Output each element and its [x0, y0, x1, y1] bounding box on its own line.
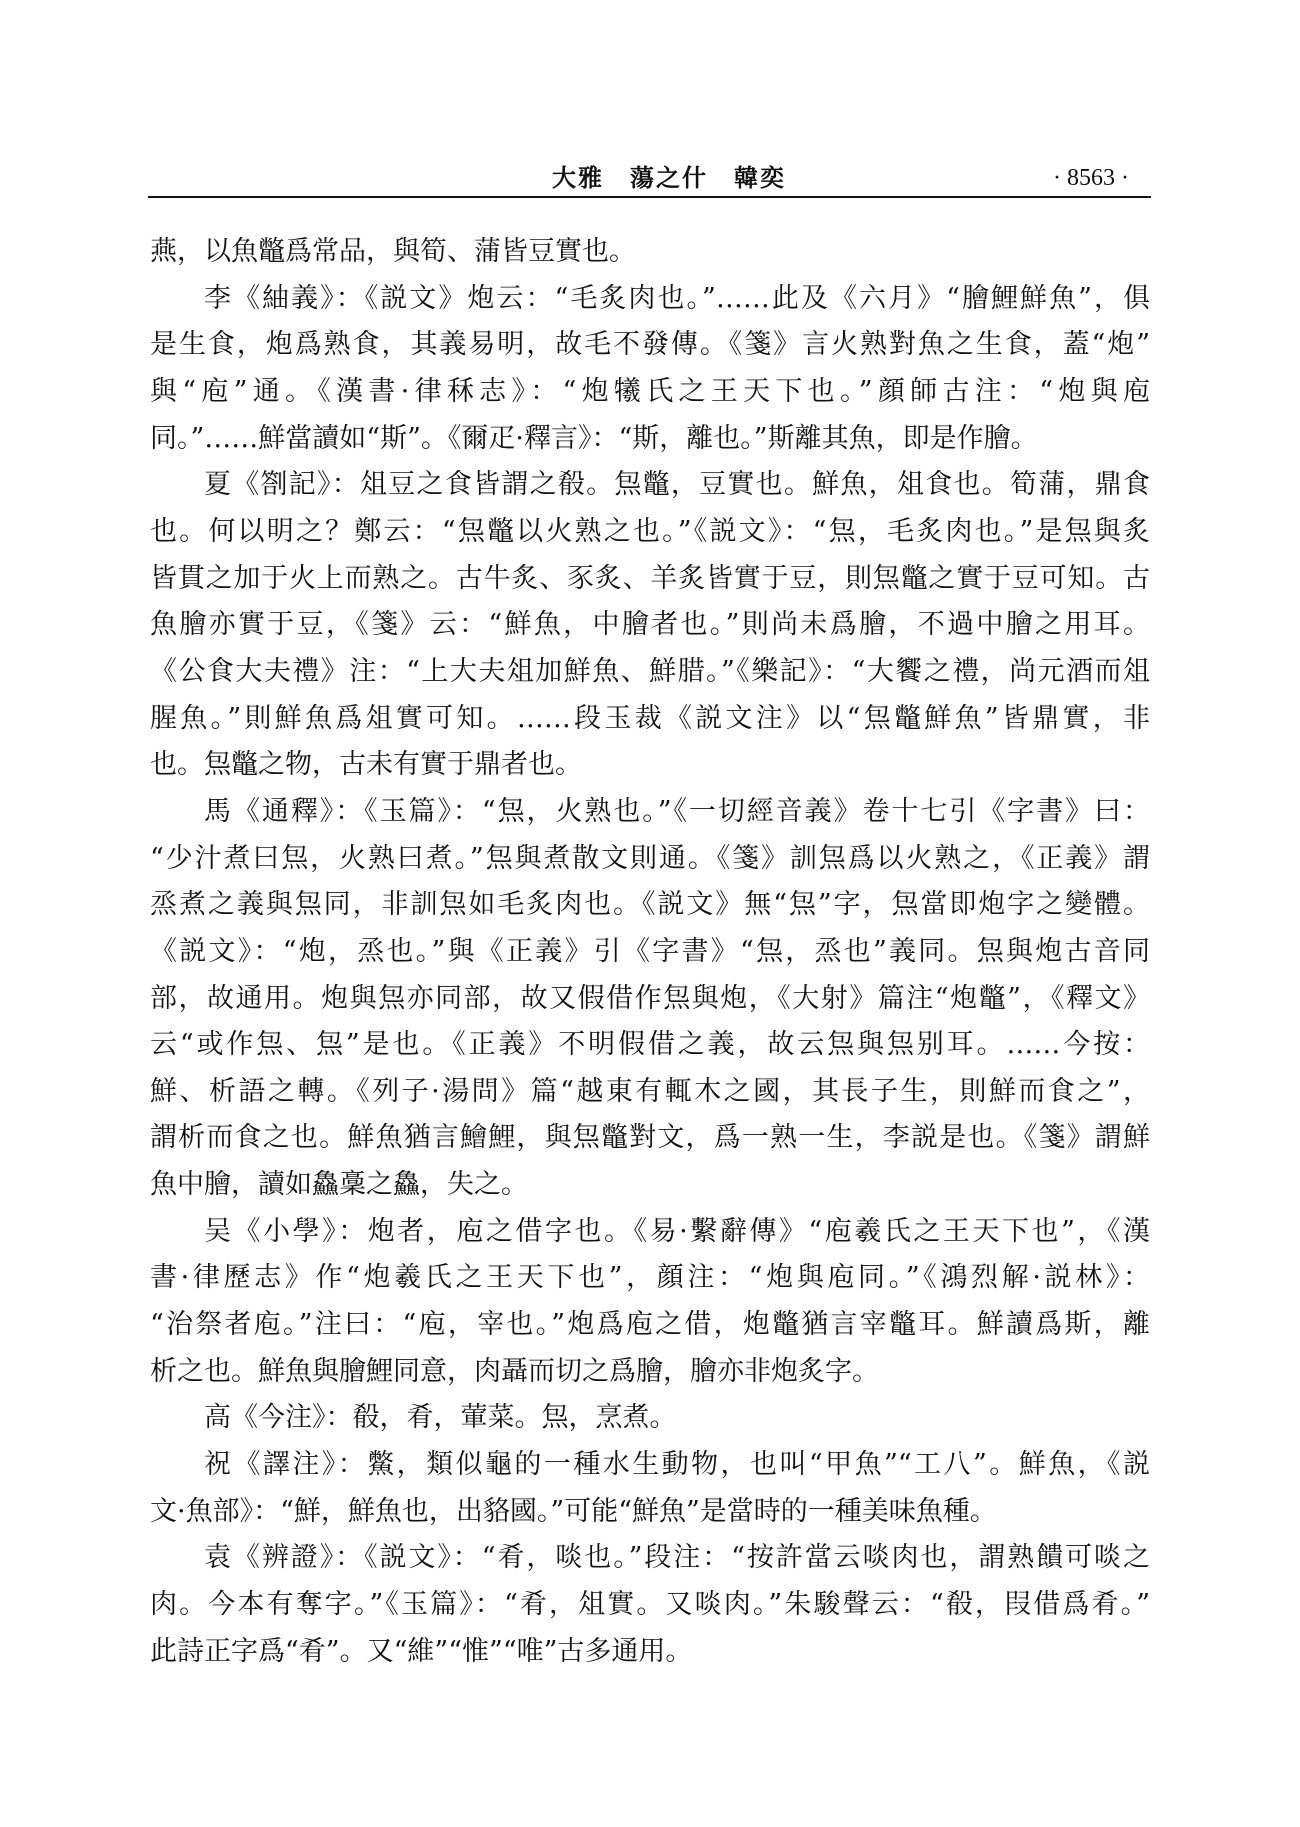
- text-line: 魚中膾，讀如鱻稾之鱻，失之。: [150, 1162, 1150, 1209]
- text-line: 文·魚部》：“鮮，鮮魚也，出貉國。”可能“鮮魚”是當時的一種美味魚種。: [150, 1489, 1150, 1536]
- text-line: 同。”……鮮當讀如“斯”。《爾疋·釋言》：“斯，離也。”斯離其魚，即是作膾。: [150, 416, 1150, 463]
- text-line: 肉。今本有奪字。”《玉篇》：“肴，俎實。又啖肉。”朱駿聲云：“殽，叚借爲肴。”: [150, 1582, 1150, 1629]
- paragraph-first-line: 袁《辨證》：《説文》：“肴，啖也。”段注：“按許當云啖肉也，謂熟饋可啖之: [150, 1535, 1150, 1582]
- text-line: 也。炰鼈之物，古未有實于鼎者也。: [150, 742, 1150, 789]
- text-line: 燕，以魚鼈爲常品，與筍、蒲皆豆實也。: [150, 229, 1150, 276]
- paragraph-first-line: 馬《通釋》：《玉篇》：“炰，火熟也。”《一切經音義》卷十七引《字書》曰：: [150, 789, 1150, 836]
- header-rule: [148, 196, 1151, 198]
- text-line: 析之也。鮮魚與膾鯉同意，肉聶而切之爲膾，膾亦非炮炙字。: [150, 1349, 1150, 1396]
- text-line: 鮮、析語之轉。《列子·湯問》篇“越東有輒木之國，其長子生，則鮮而食之”，: [150, 1069, 1150, 1116]
- text-line: 腥魚。”則鮮魚爲俎實可知。……段玉裁《説文注》以“炰鼈鮮魚”皆鼎實，非: [150, 696, 1150, 743]
- text-line: 部，故通用。炮與炰亦同部，故又假借作炰與炮，《大射》篇注“炮鼈”，《釋文》: [150, 976, 1150, 1023]
- running-title: 大雅 蕩之什 韓奕: [552, 160, 786, 196]
- text-line: 云“或作炰、炰”是也。《正義》不明假借之義，故云炰與炰别耳。……今按：: [150, 1022, 1150, 1069]
- text-line: 與“庖”通。《漢書·律秝志》：“炮犧氏之王天下也。”顔師古注：“炮與庖: [150, 369, 1150, 416]
- text-line: 也。何以明之？鄭云：“炰鼈以火熟之也。”《説文》：“炰，毛炙肉也。”是炰與炙: [150, 509, 1150, 556]
- text-line: “少汁煮曰炰，火熟曰煮。”炰與煮散文則通。《箋》訓炰爲以火熟之，《正義》謂: [150, 836, 1150, 883]
- text-line: “治祭者庖。”注曰：“庖，宰也。”炮爲庖之借，炮鼈猶言宰鼈耳。鮮讀爲斯，離: [150, 1302, 1150, 1349]
- text-line: 烝煮之義與炰同，非訓炰如毛炙肉也。《説文》無“炰”字，炰當即炮字之變體。: [150, 882, 1150, 929]
- text-line: 書·律歷志》作“炮羲氏之王天下也”，顔注：“炮與庖同。”《鴻烈解·説林》：: [150, 1255, 1150, 1302]
- paragraph-first-line: 吴《小學》：炮者，庖之借字也。《易·繫辭傳》“庖羲氏之王天下也”，《漢: [150, 1209, 1150, 1256]
- paragraph-first-line: 祝《譯注》：鱉，類似龜的一種水生動物，也叫“甲魚”“工八”。鮮魚，《説: [150, 1442, 1150, 1489]
- paragraph-first-line: 夏《劄記》：俎豆之食皆謂之殽。炰鼈，豆實也。鮮魚，俎食也。筍蒲，鼎食: [150, 462, 1150, 509]
- text-line: 謂析而食之也。鮮魚猶言鱠鯉，與炰鼈對文，爲一熟一生，李説是也。《箋》謂鮮: [150, 1115, 1150, 1162]
- text-line: 魚膾亦實于豆，《箋》云：“鮮魚，中膾者也。”則尚未爲膾，不過中膾之用耳。: [150, 602, 1150, 649]
- body-text: 燕，以魚鼈爲常品，與筍、蒲皆豆實也。李《紬義》：《説文》炮云：“毛炙肉也。”………: [150, 229, 1150, 1675]
- page-number: · 8563 ·: [1053, 160, 1129, 196]
- text-line: 《公食大夫禮》注：“上大夫俎加鮮魚、鮮腊。”《樂記》：“大饗之禮，尚元酒而俎: [150, 649, 1150, 696]
- text-line: 此詩正字爲“肴”。又“維”“惟”“唯”古多通用。: [150, 1629, 1150, 1676]
- text-line: 皆貫之加于火上而熟之。古牛炙、豕炙、羊炙皆實于豆，則炰鼈之實于豆可知。古: [150, 556, 1150, 603]
- paragraph-first-line: 高《今注》：殽，肴，葷菜。炰，烹煮。: [150, 1395, 1150, 1442]
- text-line: 是生食，炮爲熟食，其義易明，故毛不發傳。《箋》言火熟對魚之生食，蓋“炮”: [150, 322, 1150, 369]
- paragraph-first-line: 李《紬義》：《説文》炮云：“毛炙肉也。”……此及《六月》“膾鯉鮮魚”，俱: [150, 276, 1150, 323]
- page-header: 大雅 蕩之什 韓奕 · 8563 ·: [148, 160, 1151, 196]
- text-line: 《説文》：“炮，烝也。”與《正義》引《字書》“炰，烝也”義同。炰與炮古音同: [150, 929, 1150, 976]
